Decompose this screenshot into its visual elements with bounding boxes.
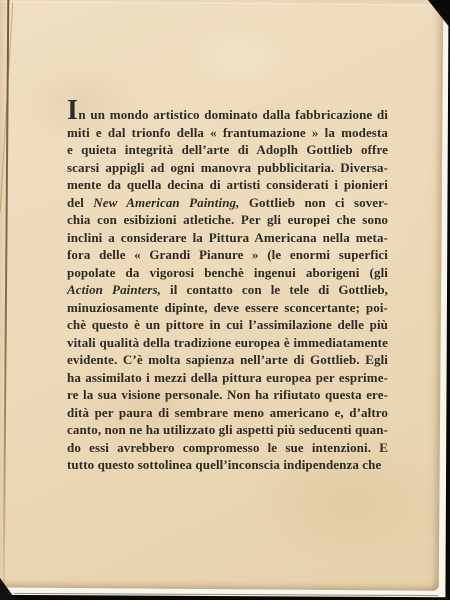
text-segment: ha assimilato i mezzi della pittura euro… [67,370,388,385]
italic-text-segment: Action Painters, [67,282,161,297]
text-line: inclini a considerare la Pittura America… [67,229,388,247]
text-segment: Gottlieb non ci sover- [239,195,388,210]
text-line: tutto questo sottolinea quell’inconscia … [67,456,388,474]
text-line: dità per paura di sembrare meno american… [67,404,388,422]
text-segment: minuziosamente dipinte, deve essere scon… [67,300,388,315]
text-line: scarsi appigli ad ogni manovra pubblicit… [67,159,388,177]
text-segment: chè questo è un pittore in cui l’assimil… [67,317,388,332]
text-line: del New American Painting, Gottlieb non … [67,194,388,212]
raised-initial-cap: I [67,95,78,126]
text-segment: inclini a considerare la Pittura America… [67,230,388,245]
text-segment: dità per paura di sembrare meno american… [67,405,388,420]
text-segment: re la sua visione personale. Non ha rifi… [67,387,388,402]
text-line: do essi avrebbero compromesso le sue int… [67,439,388,457]
text-line: Action Painters, il contatto con le tele… [67,281,388,299]
text-line: canto, non ne ha utilizzato gli aspetti … [67,421,388,439]
text-segment: il contatto con le tele di Gottlieb, [161,282,388,297]
text-segment: do essi avrebbero compromesso le sue int… [67,440,388,455]
text-segment: fora delle « Grandi Pianure » (le enormi… [67,247,388,262]
text-segment: miti e dal trionfo della « frantumazione… [67,125,388,140]
text-segment: tutto questo sottolinea quell’inconscia … [67,457,381,472]
text-segment: canto, non ne ha utilizzato gli aspetti … [67,422,388,437]
text-line: fora delle « Grandi Pianure » (le enormi… [67,246,388,264]
text-line: e quieta integrità dell’arte di Adoplh G… [67,141,388,159]
text-segment: mente da quella decina di artisti consid… [67,177,388,192]
text-line: miti e dal trionfo della « frantumazione… [67,124,388,142]
text-segment: evidente. C’è molta sapienza nell’arte d… [67,352,388,367]
italic-text-segment: New American Painting, [93,195,239,210]
text-line: chia con esibizioni atletiche. Per gli e… [67,211,388,229]
text-line: chè questo è un pittore in cui l’assimil… [67,316,388,334]
text-line: mente da quella decina di artisti consid… [67,176,388,194]
text-line: In un mondo artistico dominato dalla fab… [67,106,388,124]
paragraph: In un mondo artistico dominato dalla fab… [67,106,388,474]
text-line: re la sua visione personale. Non ha rifi… [67,386,388,404]
text-segment: del [67,195,93,210]
text-segment: n un mondo artistico dominato dalla fabb… [78,107,388,122]
text-line: ha assimilato i mezzi della pittura euro… [67,369,388,387]
text-line: vitali qualità della tradizione europea … [67,334,388,352]
text-line: evidente. C’è molta sapienza nell’arte d… [67,351,388,369]
text-segment: vitali qualità della tradizione europea … [67,335,388,350]
text-segment: scarsi appigli ad ogni manovra pubblicit… [67,160,388,175]
text-line: minuziosamente dipinte, deve essere scon… [67,299,388,317]
text-line: popolate da vigorosi benchè ingenui abor… [67,264,388,282]
text-segment: popolate da vigorosi benchè ingenui abor… [67,265,388,280]
text-segment: e quieta integrità dell’arte di Adoplh G… [67,142,388,157]
text-segment: chia con esibizioni atletiche. Per gli e… [67,212,388,227]
